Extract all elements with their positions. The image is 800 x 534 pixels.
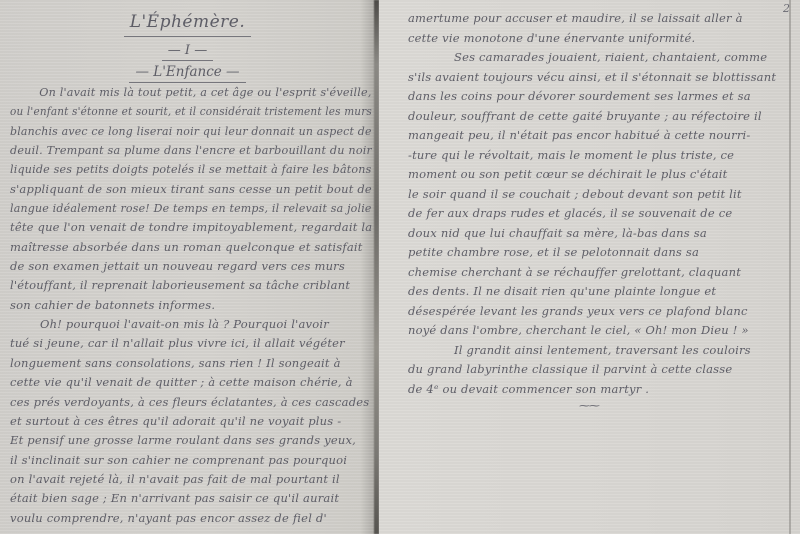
manuscript-line: petite chambre rose, et il se pelotonnai… [408, 243, 789, 263]
chapter-number-text: — I — [162, 42, 213, 61]
manuscript-line: ou l'enfant s'étonne et sourit, et il co… [10, 102, 339, 121]
manuscript-line: chemise cherchant à se réchauffer grelot… [408, 263, 789, 283]
manuscript-line: noyé dans l'ombre, cherchant le ciel, « … [408, 321, 789, 341]
page-left: L'Éphémère. — I — — L'Enfance — On l'ava… [0, 0, 375, 534]
manuscript-line: de fer aux draps rudes et glacés, il se … [408, 204, 789, 224]
page-right: 2 amertume pour accuser et maudire, il s… [379, 0, 800, 534]
manuscript-line: son cahier de batonnets informes. [10, 296, 372, 315]
manuscript-line: et surtout à ces êtres qu'il adorait qu'… [10, 412, 372, 431]
page-right-body: amertume pour accuser et maudire, il se … [408, 9, 789, 534]
manuscript-line: mangeait peu, il n'était pas encor habit… [408, 126, 789, 146]
manuscript-line: longuement sans consolations, sans rien … [10, 354, 372, 373]
manuscript-line: doux nid que lui chauffait sa mère, là-b… [408, 224, 789, 244]
chapter-number: — I — [0, 42, 375, 61]
manuscript-line: maîtresse absorbée dans un roman quelcon… [10, 238, 372, 257]
manuscript-line: ces prés verdoyants, à ces fleurs éclata… [10, 393, 372, 412]
manuscript-line: Oh! pourquoi l'avait-on mis là ? Pourquo… [10, 315, 372, 334]
manuscript-line: tué si jeune, car il n'allait plus vivre… [10, 334, 372, 353]
manuscript-line: Et pensif une grosse larme roulant dans … [10, 431, 372, 450]
manuscript-line: de 4ᵉ ou devait commencer son martyr . [408, 380, 789, 400]
manuscript-line: le soir quand il se couchait ; debout de… [408, 185, 789, 205]
manuscript-line: deuil. Trempant sa plume dans l'encre et… [10, 141, 362, 160]
manuscript-line: des dents. Il ne disait rien qu'une plai… [408, 282, 789, 302]
manuscript-line: cette vie qu'il venait de quitter ; à ce… [10, 373, 372, 392]
manuscript-line: s'appliquant de son mieux tirant sans ce… [10, 180, 371, 199]
chapter-title-text: — L'Enfance — [129, 64, 245, 83]
manuscript-line: -ture qui le révoltait, mais le moment l… [408, 146, 789, 166]
manuscript-line: on l'avait rejeté là, il n'avait pas fai… [10, 470, 372, 489]
manuscript-line: tête que l'on venait de tondre impitoyab… [10, 218, 372, 237]
manuscript-title-text: L'Éphémère. [124, 9, 252, 37]
page-left-heading: L'Éphémère. — I — — L'Enfance — [0, 0, 375, 83]
manuscript-photo: L'Éphémère. — I — — L'Enfance — On l'ava… [0, 0, 800, 534]
manuscript-line: il s'inclinait sur son cahier ne compren… [10, 451, 372, 470]
manuscript-line: blanchis avec ce long liserai noir qui l… [10, 122, 355, 141]
manuscript-line: liquide ses petits doigts potelés il se … [10, 160, 359, 179]
manuscript-line: Il grandit ainsi lentement, traversant l… [408, 341, 789, 361]
manuscript-title: L'Éphémère. [0, 9, 375, 37]
manuscript-line: de son examen jettait un nouveau regard … [10, 257, 372, 276]
manuscript-line: amertume pour accuser et maudire, il se … [408, 9, 789, 29]
manuscript-line: était bien sage ; En n'arrivant pas sais… [10, 489, 372, 508]
manuscript-line: douleur, souffrant de cette gaité bruyan… [408, 107, 789, 127]
chapter-title: — L'Enfance — [0, 64, 375, 83]
manuscript-line: l'étouffant, il reprenait laborieusement… [10, 276, 372, 295]
section-end-mark: ⁓⁓ [579, 399, 599, 412]
manuscript-line: cette vie monotone d'une énervante unifo… [408, 29, 789, 49]
page-edge-line [789, 0, 791, 534]
manuscript-line: dans les coins pour dévorer sourdement s… [408, 87, 789, 107]
manuscript-line: voulu comprendre, n'ayant pas encor asse… [10, 509, 372, 528]
manuscript-line: Ses camarades jouaient, riaient, chantai… [408, 48, 789, 68]
page-left-body: On l'avait mis là tout petit, a cet âge … [10, 83, 372, 534]
manuscript-line: désespérée levant les grands yeux vers c… [408, 302, 789, 322]
manuscript-line: s'ils avaient toujours vécu ainsi, et il… [408, 68, 789, 88]
manuscript-line: moment ou son petit cœur se déchirait le… [408, 165, 789, 185]
manuscript-line: du grand labyrinthe classique il parvint… [408, 360, 789, 380]
manuscript-line: On l'avait mis là tout petit, a cet âge … [10, 83, 362, 102]
manuscript-line: langue idéalement rose! De temps en temp… [10, 199, 357, 218]
